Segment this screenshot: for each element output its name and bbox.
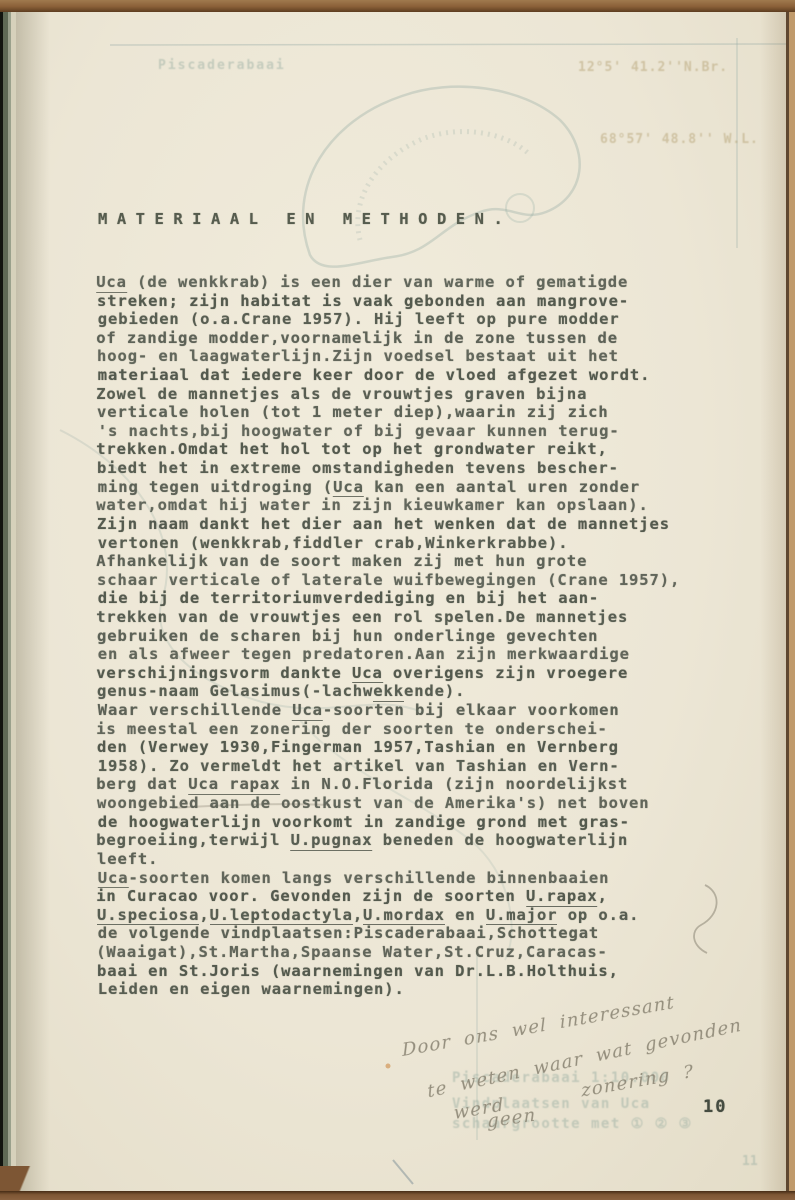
typed-line: baai en St.Joris (waarnemingen van Dr.L.… <box>97 962 717 981</box>
ghost-grid-hline <box>110 44 795 45</box>
typed-line: Waar verschillende Uca-soorten bij elkaa… <box>98 701 718 720</box>
page-number: 10 <box>703 1097 727 1117</box>
section-heading: MATERIAAL EN METHODEN. <box>98 210 512 228</box>
typed-line: genus-naam Gelasimus(-lachwekkende). <box>97 682 717 701</box>
typed-line: materiaal dat iedere keer door de vloed … <box>98 366 718 385</box>
typed-line: water,omdat hij water in zijn kieuwkamer… <box>96 496 716 515</box>
typed-line: of zandige modder,voornamelijk in de zon… <box>96 329 716 348</box>
typed-line: biedt het in extreme omstandigheden teve… <box>97 459 717 478</box>
ghost-coordinate-longitude: 68°57' 48.8'' W.L. <box>600 132 759 147</box>
ghost-coordinate-latitude: 12°5' 41.2''N.Br. <box>578 60 728 75</box>
typed-line: de volgende vindplaatsen:Piscaderabaai,S… <box>98 924 718 943</box>
ghost-map-contour-bay <box>303 87 580 267</box>
typed-line: U.speciosa,U.leptodactyla,U.mordax en U.… <box>97 906 717 925</box>
typed-line: Zijn naam dankt het dier aan het wenken … <box>97 515 717 534</box>
typed-line: verschijningsvorm dankte Uca overigens z… <box>96 664 716 683</box>
typed-line: Uca (de wenkkrab) is een dier van warme … <box>96 273 716 292</box>
typed-line: trekken van de vrouwtjes een rol spelen.… <box>96 608 716 627</box>
typed-line: de hoogwaterlijn voorkomt in zandige gro… <box>98 813 718 832</box>
typed-line: vertonen (wenkkrab,fiddler crab,Winkerkr… <box>98 534 718 553</box>
paper-stain-dot <box>386 1064 391 1069</box>
typed-line: Uca-soorten komen langs verschillende bi… <box>98 869 718 888</box>
typed-line: streken; zijn habitat is vaak gebonden a… <box>97 292 717 311</box>
ink-stray-mark <box>393 1160 413 1184</box>
typed-line: (Waaigat),St.Martha,Spaanse Water,St.Cru… <box>96 943 716 962</box>
ghost-next-page-number: 11 <box>742 1154 758 1169</box>
typed-line: in Curacao voor. Gevonden zijn de soorte… <box>96 887 716 906</box>
typed-line: verticale holen (tot 1 meter diep),waari… <box>97 403 717 422</box>
typed-line: Afhankelijk van de soort maken zij met h… <box>96 552 716 571</box>
ghost-map-label: Piscaderabaai <box>158 58 286 73</box>
page-gutter-shadow <box>16 0 50 1200</box>
typed-line: en als afweer tegen predatoren.Aan zijn … <box>98 645 718 664</box>
typed-line: die bij de territoriumverdediging en bij… <box>98 589 718 608</box>
typed-line: hoog- en laagwaterlijn.Zijn voedsel best… <box>97 347 717 366</box>
book-cover-bottom-edge <box>0 1191 795 1200</box>
typed-line: is meestal een zonering der soorten te o… <box>96 720 716 739</box>
typed-line: begroeiing,terwijl U.pugnax beneden de h… <box>96 831 716 850</box>
typed-line: schaar verticale of laterale wuifbewegin… <box>97 571 717 590</box>
scanned-document-page: Piscaderabaai 12°5' 41.2''N.Br. 68°57' 4… <box>0 0 795 1200</box>
typed-line: trekken.Omdat het hol tot op het grondwa… <box>96 440 716 459</box>
typed-line: leeft. <box>97 850 717 869</box>
typed-line: 's nachts,bij hoogwater of bij gevaar ku… <box>98 422 718 441</box>
typed-line: berg dat Uca rapax in N.O.Florida (zijn … <box>96 775 716 794</box>
book-cover-top-edge <box>0 0 795 12</box>
page-right-edge <box>786 0 795 1200</box>
typed-line: gebruiken de scharen bij hun onderlinge … <box>97 627 717 646</box>
typed-line: Leiden en eigen waarnemingen). <box>98 980 718 999</box>
typed-line: den (Verwey 1930,Fingerman 1957,Tashian … <box>97 738 717 757</box>
typed-text-block: Uca (de wenkkrab) is een dier van warme … <box>97 273 717 999</box>
typed-line: gebieden (o.a.Crane 1957). Hij leeft op … <box>98 310 718 329</box>
typed-line: 1958). Zo vermeldt het artikel van Tashi… <box>98 757 718 776</box>
book-binding-left-edge <box>0 0 16 1200</box>
page-right-shadow <box>760 0 786 1200</box>
typed-line: woongebied aan de oostkust van de Amerik… <box>97 794 717 813</box>
typed-line: ming tegen uitdroging (Uca kan een aanta… <box>98 478 718 497</box>
typed-line: Zowel de mannetjes als de vrouwtjes grav… <box>96 385 716 404</box>
